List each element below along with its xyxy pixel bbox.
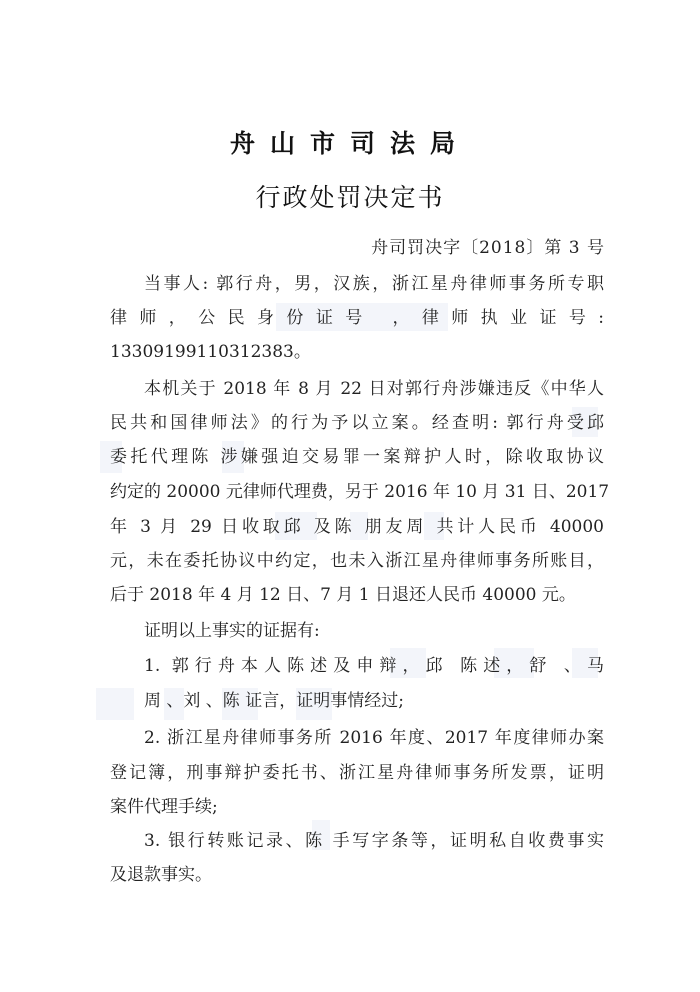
facts-line-4: 约定的 20000 元律师代理费，另于 2016 年 10 月 31 日、201… (110, 481, 604, 503)
redaction-name (96, 688, 134, 720)
evidence-heading: 证明以上事实的证据有: (144, 620, 604, 642)
facts-line-3: 委托代理陈 涉嫌强迫交易罪一案辩护人时，除收取协议 (110, 446, 604, 468)
facts-line-6: 元，未在委托协议中约定，也未入浙江星舟律师事务所账目， (110, 550, 604, 572)
document-number: 舟司罚决字〔2018〕第 3 号 (371, 233, 605, 258)
evidence-1-line-2: 周 、刘 、陈 证言，证明事情经过; (144, 690, 604, 712)
party-line-1: 当事人: 郭行舟，男，汉族，浙江星舟律师事务所专职 (144, 273, 604, 295)
document-title: 行政处罚决定书 (0, 178, 700, 214)
facts-line-2: 民共和国律师法》的行为予以立案。经查明: 郭行舟受邱 (110, 412, 604, 434)
party-line-3: 13309199110312383。 (110, 341, 604, 363)
evidence-3-line-1: 3. 银行转账记录、陈 手写字条等，证明私自收费事实 (144, 830, 604, 852)
evidence-1-line-1: 1. 郭行舟本人陈述及申辩，邱 陈述，舒 、马 (144, 655, 604, 677)
party-line-2: 律师，公民身份证号 ，律师执业证号: (110, 307, 604, 329)
evidence-3-line-2: 及退款事实。 (110, 864, 604, 886)
document-page: 舟山市司法局 行政处罚决定书 舟司罚决字〔2018〕第 3 号 当事人: 郭行舟… (0, 0, 700, 992)
facts-line-7: 后于 2018 年 4 月 12 日、7 月 1 日退还人民币 40000 元。 (110, 584, 604, 606)
facts-line-5: 年 3 月 29 日收取邱 及陈 朋友周 共计人民币 40000 (110, 516, 604, 538)
issuer-heading: 舟山市司法局 (0, 124, 700, 160)
evidence-2-line-2: 登记簿，刑事辩护委托书、浙江星舟律师事务所发票，证明 (110, 762, 604, 784)
evidence-2-line-1: 2. 浙江星舟律师事务所 2016 年度、2017 年度律师办案 (144, 727, 604, 749)
evidence-2-line-3: 案件代理手续; (110, 796, 604, 818)
facts-line-1: 本机关于 2018 年 8 月 22 日对郭行舟涉嫌违反《中华人 (144, 378, 604, 400)
